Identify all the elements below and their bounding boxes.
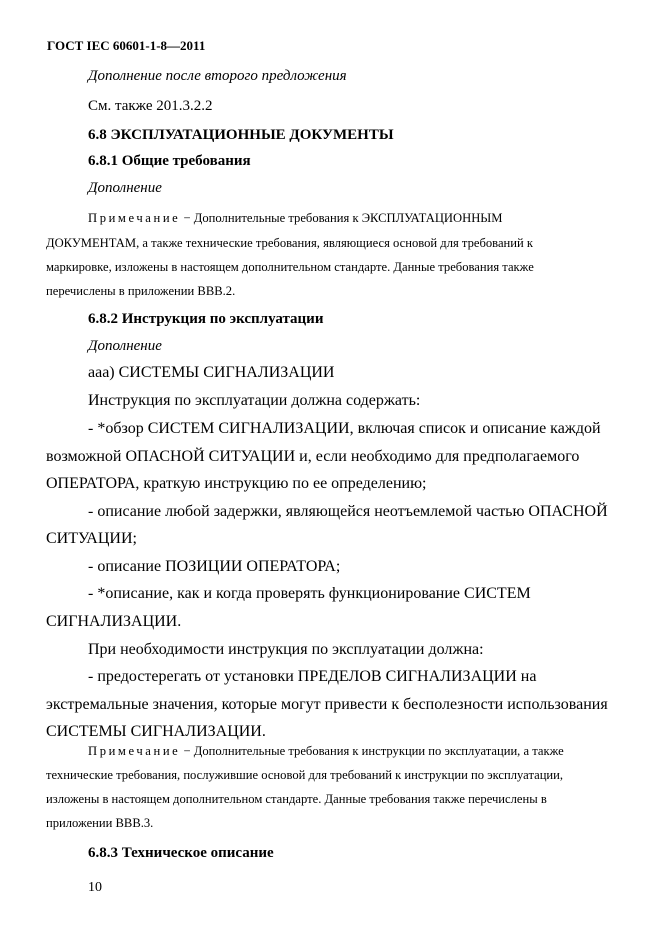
section-heading-6-8-3: 6.8.3 Техническое описание xyxy=(88,845,274,862)
bullet-3: - описание ПОЗИЦИИ ОПЕРАТОРА; xyxy=(88,558,340,576)
amendment-label-2: Дополнение xyxy=(88,338,162,355)
bullet-1-line-1: - *обзор СИСТЕМ СИГНАЛИЗАЦИИ, включая сп… xyxy=(88,420,614,438)
bullet-5-line-2: экстремальные значения, которые могут пр… xyxy=(46,696,614,714)
page-number: 10 xyxy=(88,880,102,896)
section-heading-6-8: 6.8 ЭКСПЛУАТАЦИОННЫЕ ДОКУМЕНТЫ xyxy=(88,127,394,144)
bullet-2-line-1: - описание любой задержки, являющейся не… xyxy=(88,503,614,521)
note-dash: − xyxy=(184,211,191,225)
note-2-line-3: изложены в настоящем дополнительном стан… xyxy=(46,792,614,807)
section-heading-6-8-1: 6.8.1 Общие требования xyxy=(88,153,251,170)
amendment-label: Дополнение xyxy=(88,180,162,197)
bullet-1-line-2: возможной ОПАСНОЙ СИТУАЦИИ и, если необх… xyxy=(46,448,614,466)
note-2-line-2: технические требования, послужившие осно… xyxy=(46,768,614,783)
note-1-line-1: Примечание − Дополнительные требования к… xyxy=(88,211,614,226)
instruction-intro: Инструкция по эксплуатации должна содерж… xyxy=(88,392,420,410)
note-2-line-1: Примечание − Дополнительные требования к… xyxy=(88,744,614,759)
note-1-line-4: перечислены в приложении ВВВ.2. xyxy=(46,284,235,299)
bullet-2-line-2: СИТУАЦИИ; xyxy=(46,530,137,548)
note-1-line-2: ДОКУМЕНТАМ, а также технические требован… xyxy=(46,236,614,251)
bullet-1-line-3: ОПЕРАТОРА, краткую инструкцию по ее опре… xyxy=(46,475,426,493)
amendment-note: Дополнение после второго предложения xyxy=(88,68,347,85)
note-label: Примечание xyxy=(88,211,180,225)
note-label-2: Примечание xyxy=(88,744,180,758)
document-page: ГОСТ IEC 60601-1-8—2011 Дополнение после… xyxy=(0,0,661,936)
conditional-intro: При необходимости инструкция по эксплуат… xyxy=(88,641,484,659)
bullet-4-line-1: - *описание, как и когда проверять функц… xyxy=(88,585,614,603)
bullet-5-line-3: СИСТЕМЫ СИГНАЛИЗАЦИИ. xyxy=(46,723,266,741)
cross-reference: См. также 201.3.2.2 xyxy=(88,98,213,115)
item-aaa: ааа) СИСТЕМЫ СИГНАЛИЗАЦИИ xyxy=(88,364,334,382)
bullet-5-line-1: - предостерегать от установки ПРЕДЕЛОВ С… xyxy=(88,668,614,686)
bullet-4-line-2: СИГНАЛИЗАЦИИ. xyxy=(46,613,181,631)
note-1-line-3: маркировке, изложены в настоящем дополни… xyxy=(46,260,614,275)
note-2-line-4: приложении ВВВ.3. xyxy=(46,816,153,831)
document-code-header: ГОСТ IEC 60601-1-8—2011 xyxy=(47,38,205,54)
section-heading-6-8-2: 6.8.2 Инструкция по эксплуатации xyxy=(88,311,323,328)
